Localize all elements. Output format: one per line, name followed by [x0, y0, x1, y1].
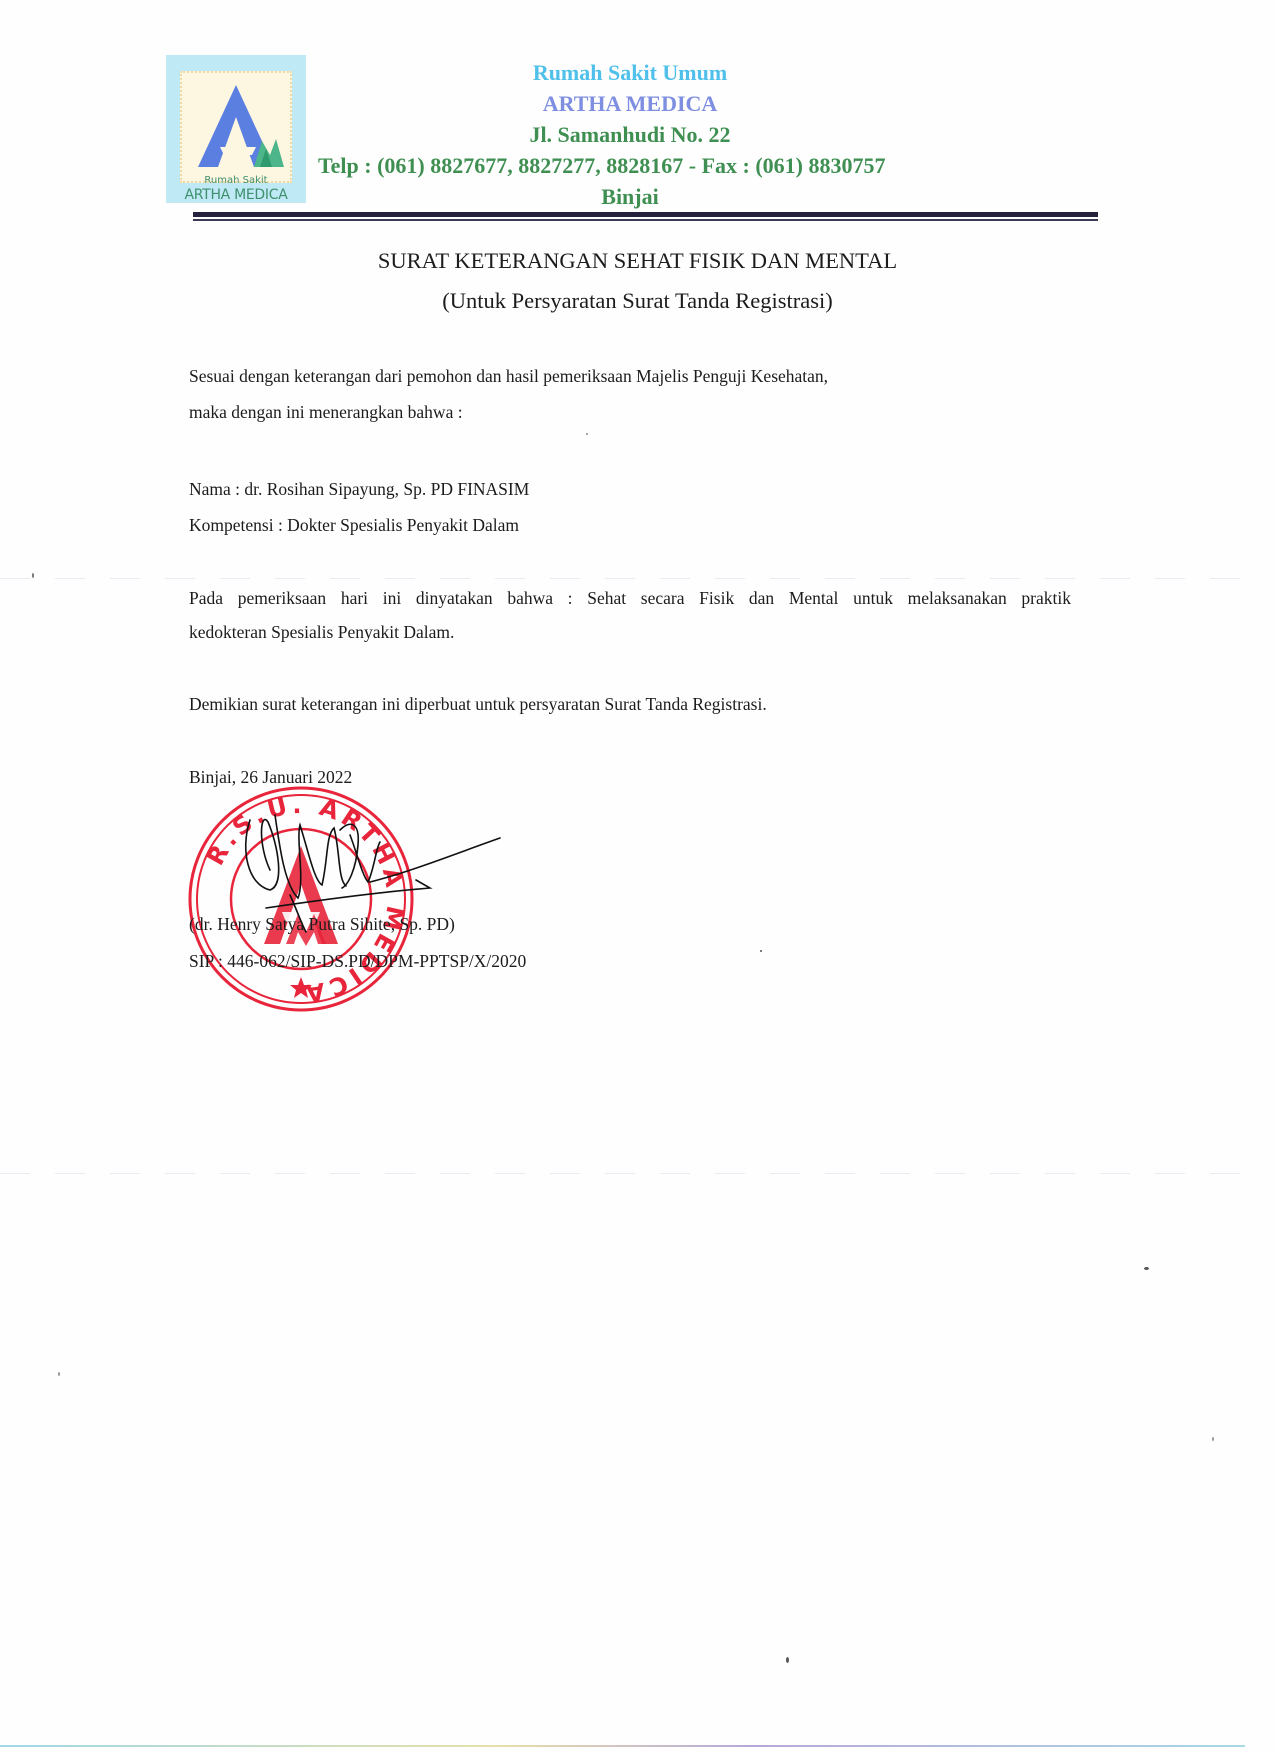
closing-statement: Demikian surat keterangan ini diperbuat … — [189, 694, 767, 715]
intro-line-2: maka dengan ini menerangkan bahwa : — [189, 402, 463, 423]
hospital-city: Binjai — [300, 186, 960, 208]
scan-speck — [1144, 1267, 1149, 1270]
scan-speck — [586, 433, 588, 435]
statement-line-1: Pada pemeriksaan hari ini dinyatakan bah… — [189, 588, 1071, 609]
patient-competence: Kompetensi : Dokter Spesialis Penyakit D… — [189, 515, 519, 536]
scan-speck — [1212, 1437, 1214, 1441]
scan-edge — [0, 1745, 1245, 1747]
hospital-phone-fax: Telp : (061) 8827677, 8827277, 8828167 -… — [318, 155, 958, 177]
signer-name: (dr. Henry Satya Putra Sihite, Sp. PD) — [189, 914, 455, 935]
patient-name: Nama : dr. Rosihan Sipayung, Sp. PD FINA… — [189, 479, 529, 500]
hospital-logo: Rumah Sakit ARTHA MEDICA — [166, 55, 306, 203]
hospital-type: Rumah Sakit Umum — [300, 62, 960, 84]
logo-big-label: ARTHA MEDICA — [166, 187, 306, 203]
letterhead-divider-thick — [193, 212, 1098, 217]
document-subtitle: (Untuk Persyaratan Surat Tanda Registras… — [0, 288, 1275, 314]
document-title: SURAT KETERANGAN SEHAT FISIK DAN MENTAL — [0, 248, 1275, 274]
scan-speck — [786, 1657, 789, 1663]
letterhead-divider-thin — [193, 219, 1098, 221]
hospital-address: Jl. Samanhudi No. 22 — [300, 124, 960, 146]
logo-small-label: Rumah Sakit — [166, 175, 306, 186]
fold-line — [0, 578, 1240, 579]
letter-page: Rumah Sakit ARTHA MEDICA Rumah Sakit Umu… — [0, 0, 1275, 1754]
intro-line-1: Sesuai dengan keterangan dari pemohon da… — [189, 366, 828, 387]
statement-line-2: kedokteran Spesialis Penyakit Dalam. — [189, 622, 454, 643]
scan-speck — [760, 950, 762, 952]
hospital-name: ARTHA MEDICA — [300, 93, 960, 115]
fold-line — [0, 1173, 1240, 1174]
signer-sip-number: SIP : 446-062/SIP-DS.PD/DPM-PPTSP/X/2020 — [189, 951, 526, 972]
scan-speck — [58, 1372, 60, 1376]
scan-speck — [32, 573, 34, 578]
